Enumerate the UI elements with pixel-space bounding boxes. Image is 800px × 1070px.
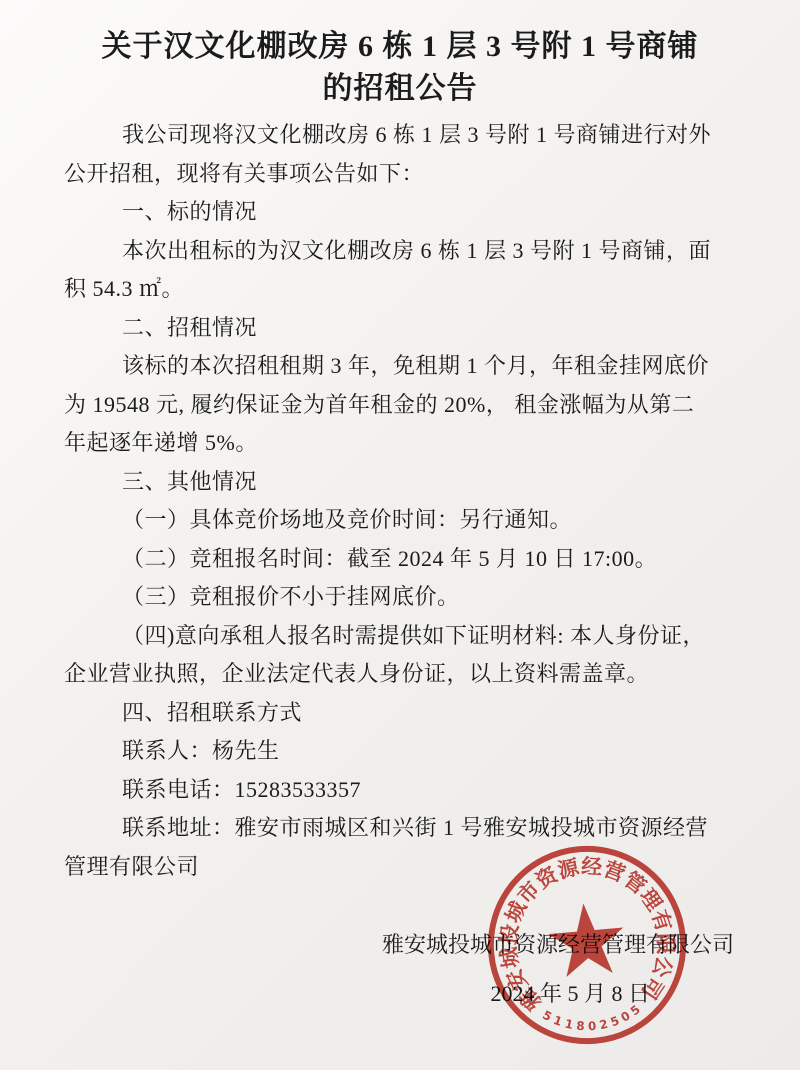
section-heading-3: 三、其他情况 xyxy=(64,463,736,502)
contact-person-line: 联系人：杨先生 xyxy=(64,732,736,771)
body-line: 年起逐年递增 5%。 xyxy=(64,424,736,463)
contact-phone-line: 联系电话：15283533357 xyxy=(64,771,736,810)
official-seal: 雅安城投城市资源经营管理有限公司 511802505 xyxy=(469,827,705,1063)
body-line: 企业营业执照，企业法定代表人身份证，以上资料需盖章。 xyxy=(64,655,736,694)
body-line: （二）竞租报名时间：截至 2024 年 5 月 10 日 17:00。 xyxy=(64,540,736,579)
body-line: （四)意向承租人报名时需提供如下证明材料: 本人身份证， xyxy=(64,617,736,656)
section-heading-4: 四、招租联系方式 xyxy=(64,694,736,733)
body-line: 积 54.3 ㎡。 xyxy=(64,270,736,309)
body-line: 公开招租，现将有关事项公告如下： xyxy=(64,155,736,194)
body-line: 我公司现将汉文化棚改房 6 栋 1 层 3 号附 1 号商铺进行对外 xyxy=(64,116,736,155)
title-line-1: 关于汉文化棚改房 6 栋 1 层 3 号附 1 号商铺 xyxy=(102,30,699,63)
title-line-2: 的招租公告 xyxy=(323,72,478,105)
body-line: （一）具体竞价场地及竞价时间：另行通知。 xyxy=(64,501,736,540)
body-line: （三）竞租报价不小于挂网底价。 xyxy=(64,578,736,617)
section-heading-2: 二、招租情况 xyxy=(64,309,736,348)
star-icon xyxy=(546,900,627,978)
body-line: 该标的本次招租租期 3 年，免租期 1 个月，年租金挂网底价 xyxy=(64,347,736,386)
page-title: 关于汉文化棚改房 6 栋 1 层 3 号附 1 号商铺 的招租公告 xyxy=(64,26,736,110)
body-line: 为 19548 元, 履约保证金为首年租金的 20%， 租金涨幅为从第二 xyxy=(64,386,736,425)
document-body: 我公司现将汉文化棚改房 6 栋 1 层 3 号附 1 号商铺进行对外 公开招租，… xyxy=(64,116,736,886)
section-heading-1: 一、标的情况 xyxy=(64,193,736,232)
announcement-document: 关于汉文化棚改房 6 栋 1 层 3 号附 1 号商铺 的招租公告 我公司现将汉… xyxy=(0,0,800,1070)
body-line: 本次出租标的为汉文化棚改房 6 栋 1 层 3 号附 1 号商铺，面 xyxy=(64,232,736,271)
